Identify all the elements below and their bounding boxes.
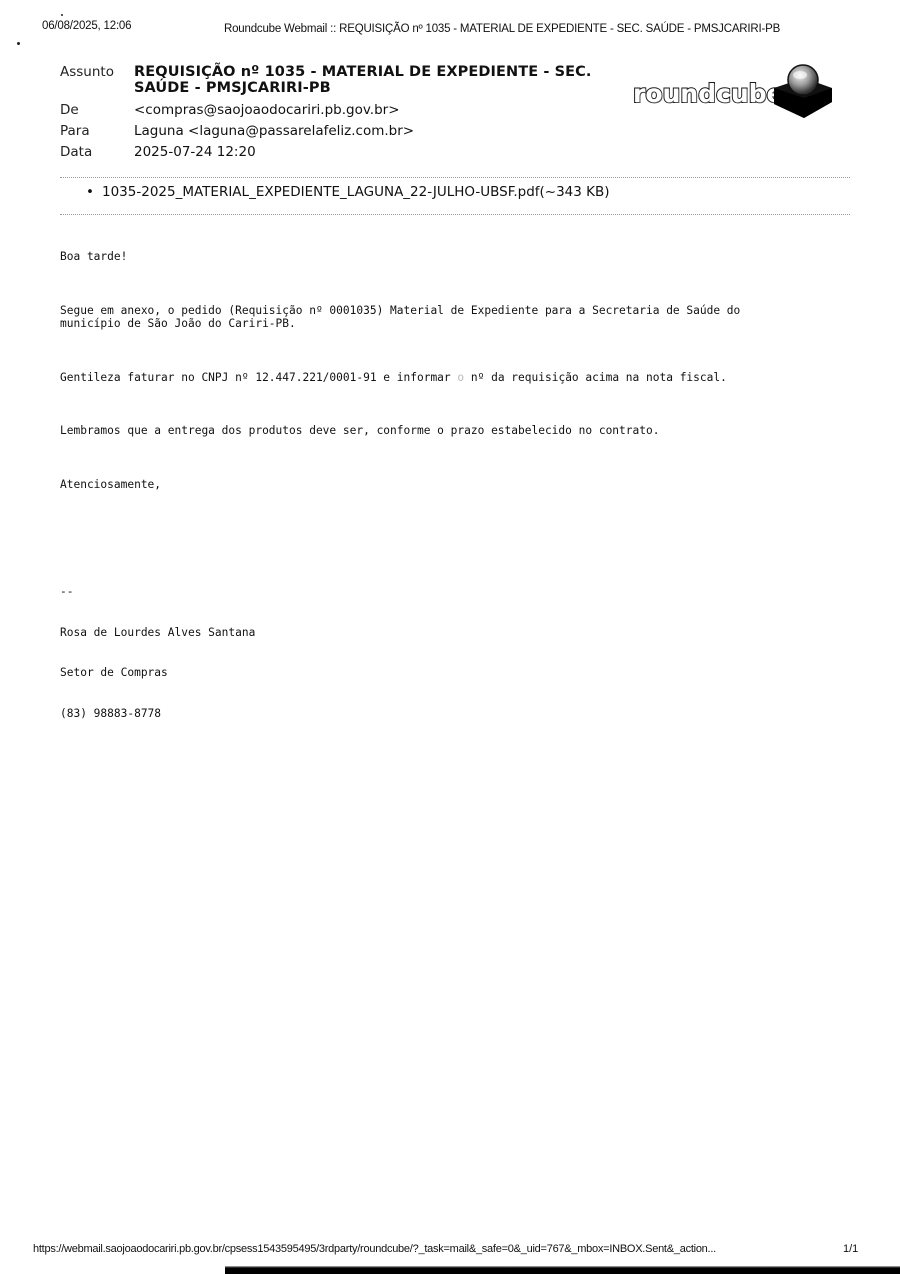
subject-value: REQUISIÇÃO nº 1035 - MATERIAL DE EXPEDIE… xyxy=(134,64,620,96)
message-headers: Assunto REQUISIÇÃO nº 1035 - MATERIAL DE… xyxy=(60,62,620,163)
signature-separator: -- xyxy=(60,585,850,599)
header-row-date: Data 2025-07-24 12:20 xyxy=(60,142,620,163)
date-value: 2025-07-24 12:20 xyxy=(134,142,620,163)
print-page-title: Roundcube Webmail :: REQUISIÇÃO nº 1035 … xyxy=(224,23,780,35)
body-paragraph: Lembramos que a entrega dos produtos dev… xyxy=(60,424,850,438)
scan-edge xyxy=(225,1266,900,1274)
bullet: • xyxy=(86,184,102,200)
signature-department: Setor de Compras xyxy=(60,666,850,680)
signature: -- Rosa de Lourdes Alves Santana Setor d… xyxy=(60,558,850,747)
subject-line-2: SAÚDE - PMSJCARIRI-PB xyxy=(134,80,620,96)
signature-phone: (83) 98883-8778 xyxy=(60,707,850,721)
roundcube-logo: roundcube xyxy=(630,62,835,122)
print-header: 06/08/2025, 12:06 Roundcube Webmail :: R… xyxy=(40,20,840,36)
body-paragraph: Gentileza faturar no CNPJ nº 12.447.221/… xyxy=(60,371,850,385)
message-body: Boa tarde! Segue em anexo, o pedido (Req… xyxy=(60,223,850,761)
text-segment: Gentileza faturar no CNPJ nº 12.447.221/… xyxy=(60,371,457,384)
attachment-size: (~343 KB) xyxy=(540,184,610,200)
from-value[interactable]: <compras@saojoaodocariri.pb.gov.br> xyxy=(134,100,620,121)
to-label: Para xyxy=(60,121,134,142)
attachment-item[interactable]: •1035-2025_MATERIAL_EXPEDIENTE_LAGUNA_22… xyxy=(86,184,610,200)
logo-wordmark: roundcube xyxy=(633,79,783,108)
subject-label: Assunto xyxy=(60,62,134,100)
header-row-subject: Assunto REQUISIÇÃO nº 1035 - MATERIAL DE… xyxy=(60,62,620,100)
print-footer-url: https://webmail.saojoaodocariri.pb.gov.b… xyxy=(33,1243,813,1255)
scan-speck xyxy=(17,42,20,45)
divider xyxy=(60,214,850,215)
date-label: Data xyxy=(60,142,134,163)
body-paragraph: Segue em anexo, o pedido (Requisição nº … xyxy=(60,304,850,331)
signature-name: Rosa de Lourdes Alves Santana xyxy=(60,626,850,640)
divider xyxy=(60,177,850,178)
print-date: 06/08/2025, 12:06 xyxy=(42,20,131,32)
from-label: De xyxy=(60,100,134,121)
greeting: Boa tarde! xyxy=(60,250,850,264)
subject-line-1: REQUISIÇÃO nº 1035 - MATERIAL DE EXPEDIE… xyxy=(134,64,620,80)
to-value[interactable]: Laguna <laguna@passarelafeliz.com.br> xyxy=(134,121,620,142)
roundcube-cube-icon xyxy=(770,62,834,120)
closing: Atenciosamente, xyxy=(60,478,850,492)
print-page-number: 1/1 xyxy=(843,1243,858,1255)
header-row-from: De <compras@saojoaodocariri.pb.gov.br> xyxy=(60,100,620,121)
scan-speck xyxy=(61,14,63,16)
header-row-to: Para Laguna <laguna@passarelafeliz.com.b… xyxy=(60,121,620,142)
attachment-filename[interactable]: 1035-2025_MATERIAL_EXPEDIENTE_LAGUNA_22-… xyxy=(102,184,540,200)
text-segment: nº da requisição acima na nota fiscal. xyxy=(464,371,727,384)
